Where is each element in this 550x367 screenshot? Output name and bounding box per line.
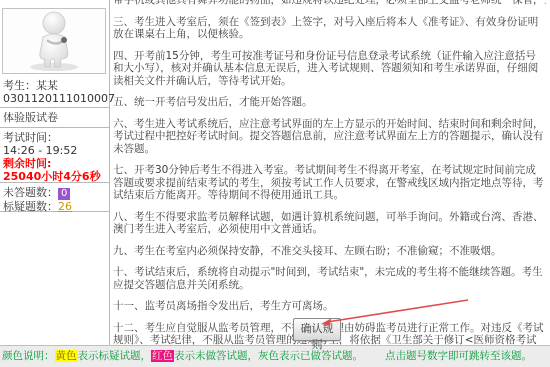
legend-red-desc: 表示未做答试题，灰色表示已做答试题。 (174, 350, 363, 362)
person-clipart-icon (4, 10, 104, 72)
rule-3: 三、考生进入考室后，须在《签到表》上签字，对号入座后将本人《准考证》、有效身份证… (113, 16, 546, 41)
rule-9: 九、考生在考室内必须保持安静，不准交头接耳、左顾右盼；不准偷窥；不准吸烟。 (113, 245, 546, 258)
unanswered-count-row: 未答题数：0 (3, 186, 107, 200)
confirm-rules-button[interactable]: 确认规则 (293, 318, 341, 341)
legend-yellow-term: 黄色 (55, 350, 78, 362)
rule-5: 五、统一开考信号发出后，才能开始答题。 (113, 96, 546, 109)
unanswered-count-badge[interactable]: 0 (58, 188, 70, 200)
marked-count-row: 标疑题数：26 (3, 200, 107, 213)
marked-count-link[interactable]: 26 (58, 200, 72, 213)
candidate-id: 0301120111010007 (3, 92, 107, 105)
rule-clipped-line: 带手机或其他具有舞弊功能的物品，如违规将以违纪处理，必须全部上交监考老师统一保管… (113, 0, 546, 7)
legend-bar: 颜色说明：黄色表示标疑试题，红色表示未做答试题，灰色表示已做答试题。点击题号数字… (0, 345, 550, 367)
candidate-info: 考生：某某 0301120111010007 (0, 76, 110, 108)
rule-4: 四、开考前15分钟，考生可按准考证号和身份证号信息登录考试系统（证件输入应注意括… (113, 50, 546, 88)
paper-type: 体验版试卷 (0, 108, 110, 128)
legend-yellow-desc: 表示标疑试题， (78, 350, 152, 362)
rule-11: 十一、监考员离场指令发出后，考生方可离场。 (113, 300, 546, 313)
unanswered-label: 未答题数： (3, 186, 58, 199)
rules-panel: 带手机或其他具有舞弊功能的物品，如违规将以违纪处理，必须全部上交监考老师统一保管… (113, 0, 546, 345)
rule-10: 十、考试结束后，系统将自动提示"时间到，考试结束"，未完成的考生将不能继续答题。… (113, 266, 546, 291)
legend-jump-hint: 点击题号数字即可跳转至该题。 (385, 350, 532, 362)
exam-rules-screen: 考生：某某 0301120111010007 体验版试卷 考试时间： 14:26… (0, 0, 550, 367)
rule-8: 八、考生不得要求监考员解释试题，如遇计算机系统问题，可举手询问。外籍或台湾、香港… (113, 211, 546, 236)
legend-red-term: 红色 (151, 350, 174, 362)
legend-prefix: 颜色说明： (2, 350, 55, 362)
candidate-name: 考生：某某 (3, 79, 107, 92)
exam-time-panel: 考试时间： 14:26 - 19:52 剩余时间: 25040小时4分6秒 (0, 128, 110, 183)
exam-time-value: 14:26 - 19:52 (3, 144, 107, 157)
candidate-photo (2, 8, 106, 74)
sidebar: 考生：某某 0301120111010007 体验版试卷 考试时间： 14:26… (0, 0, 110, 345)
rule-6: 六、考生进入考试系统后，应注意考试界面的左上方显示的开始时间、结束时间和剩余时间… (113, 118, 546, 156)
rule-7: 七、开考30分钟后考生不得进入考室。考试期间考生不得离开考室，在考试规定时间前完… (113, 164, 546, 202)
remaining-time-value: 25040小时4分6秒 (3, 170, 107, 183)
remaining-time-label: 剩余时间: (3, 157, 107, 170)
question-counters: 未答题数：0 标疑题数：26 (0, 183, 110, 212)
marked-label: 标疑题数： (3, 200, 58, 213)
exam-time-label: 考试时间： (3, 131, 107, 144)
